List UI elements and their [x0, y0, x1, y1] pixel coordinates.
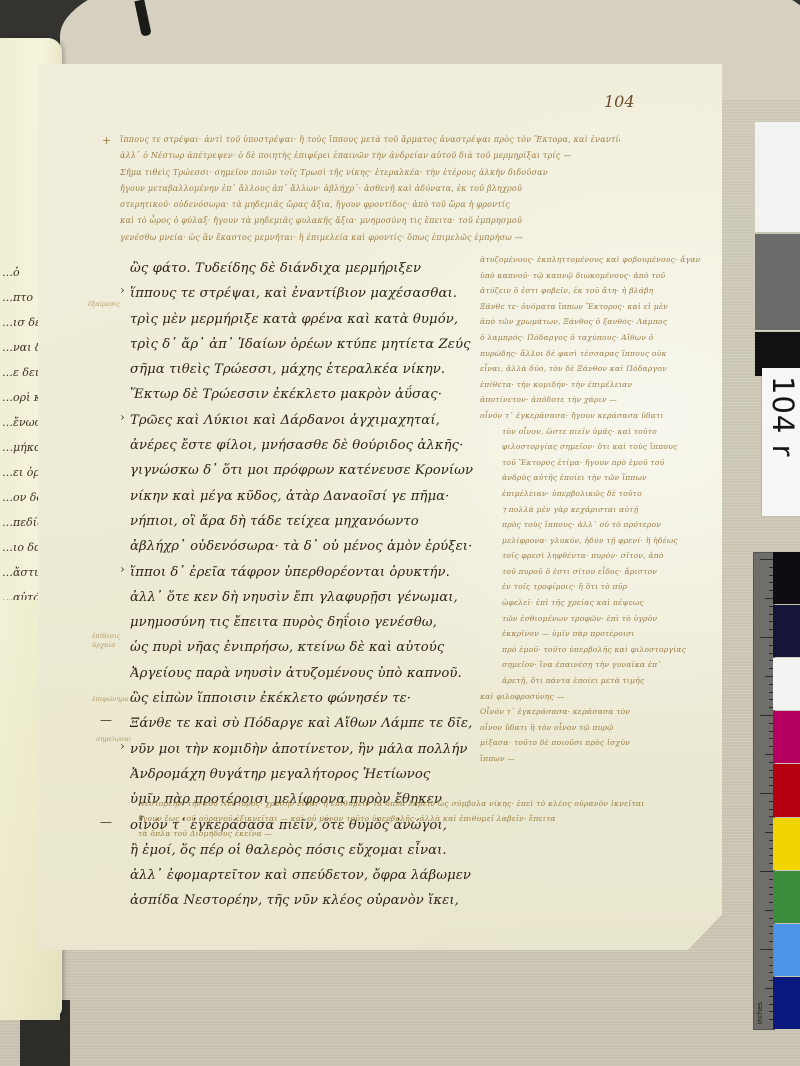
scholion-line: πρὸ ἐμοῦ· τοῦτο ὑπερβολῆς καὶ φιλοστοργί… — [480, 642, 720, 658]
scholion-line: καὶ τὸ ὦρος ὁ φύλαξ· ἤγουν τὰ μηδεμιᾶς φ… — [120, 213, 620, 229]
color-chip-light-blue — [773, 924, 800, 976]
verse-marker-icon: › — [120, 739, 125, 753]
scholion-line: Ξάνθε τε· ὀνόματα ἵππων Ἕκτορος· καὶ εἰ … — [480, 299, 720, 315]
scholion-line: ἀνδρὸς αὐτῆς ἐποίει τὴν τῶν ἵππων — [480, 470, 720, 486]
grey-patch-white — [755, 122, 800, 232]
scholion-line: ἀτύζειν ὅ ἐστι φοβεῖν, ἐκ τοῦ ἄτη· ἡ βλά… — [480, 283, 720, 299]
verse-line: ὡς πυρὶ νῆας ἐνιπρήσω, κτείνω δὲ καὶ αὐτ… — [130, 635, 480, 660]
verse-line: Ἀργείους παρὰ νηυσὶν ἀτυζομένους ὑπὸ καπ… — [130, 661, 480, 686]
verse-line: νίκην καὶ μέγα κῦδος, ἀτὰρ Δαναοῖσί γε π… — [130, 484, 480, 509]
scholion-line: ἐκκρῖνον — ὑμῖν πὰρ προτέροισι — [480, 626, 720, 642]
verse-line: τρὶς δ᾽ ἄρ᾽ ἀπ᾽ Ἰδαίων ὀρέων κτύπε μητίε… — [130, 332, 480, 357]
scholion-line: ἀτυζομένους· ἐκπληττομένους καὶ φοβουμέν… — [480, 252, 720, 268]
scholion-line: καὶ φιλοφροσύνης — — [480, 689, 720, 705]
scholion-line: μίξασα· τοῦτο δὲ ποιοῦσι πρὸς ἰσχὺν — [480, 735, 720, 751]
verse-line: ἀσπίδα Νεστορέην, τῆς νῦν κλέος οὐρανὸν … — [130, 888, 480, 913]
scholion-line: οἶνόν τ᾽ ἐγκεράσασα· ἤγουν κεράσασα ὕδατ… — [480, 408, 720, 424]
scholion-line: τοῦ Ἕκτορος ἐτίμα· ἤγουν πρὸ ἐμοῦ τοῦ — [480, 455, 720, 471]
scholion-line: τὰ ὅπλα τοῦ Διομήδους ἐκεῖνα — — [138, 826, 698, 841]
scholion-line: ὠφελεῖ· ἐπὶ τῆς χρείας καὶ πέψεως — [480, 595, 720, 611]
color-chip-navy-blue — [773, 977, 800, 1029]
scholion-line: ἀποτίνετον· ἀπόδοτε τὴν χάριν — — [480, 392, 720, 408]
verse-line: ἀλλ᾽ ἐφομαρτεῖτον καὶ σπεύδετον, ὄφρα λά… — [130, 863, 480, 888]
scholion-line: Νεστορέην· τὴν τοῦ Νέστορος· χρυσῆν εἶνα… — [138, 796, 698, 811]
ruler-tick — [760, 559, 774, 560]
grey-patch-mid — [755, 234, 800, 330]
scholion-line: ⁊ πολλὰ μὲν γὰρ κεχάρισται αὐτῇ — [480, 502, 720, 518]
scholion-line: τοῦ πυροῦ ὅ ἐστι σίτου εἶδος· ἄριστον — [480, 564, 720, 580]
color-chip-black — [773, 552, 800, 604]
verse-line: τρὶς μὲν μερμήριξε κατὰ φρένα καὶ κατὰ θ… — [130, 307, 480, 332]
scholion-line: ἀπὸ τῶν χρωμάτων, Ξάνθος ὁ ξανθός· Λάμπο… — [480, 314, 720, 330]
folio-number: 104 — [604, 92, 635, 111]
scholion-line: τοῖς φρεσὶ ληφθέντα· πυρὸν· σῖτον, ἀπὸ — [480, 548, 720, 564]
ruler-tick — [760, 871, 774, 872]
scholion-line: ἐπιμέλειαν· ὑπερβολικῶς δὲ τοῦτο — [480, 486, 720, 502]
ruler-unit-label: inches — [756, 1002, 764, 1025]
verse-line: ἢ ἐμοί, ὅς πέρ οἱ θαλερὸς πόσις εὔχομαι … — [130, 838, 480, 863]
verse-line: ἀλλ᾽ ὅτε κεν δὴ νηυσὶν ἔπι γλαφυρῇσι γέν… — [130, 585, 480, 610]
color-chip-red — [773, 764, 800, 816]
ruler-tick — [760, 793, 774, 794]
verse-line: ὣς εἰπὼν ἵπποισιν ἐκέκλετο φώνησέν τε· — [130, 686, 480, 711]
scholion-line: φιλοστοργίας σημεῖον· ὅτι καὶ τοὺς ἵππου… — [480, 439, 720, 455]
scholion-line: γενέσθω μνεία· ὡς ἂν ἕκαστος μεμνῆται· ἢ… — [120, 230, 620, 246]
verse-line: ὣς φάτο. Τυδείδης δὲ διάνδιχα μερμήριξεν — [130, 256, 480, 281]
verse-line: Ἕκτωρ δὲ Τρώεσσιν ἐκέκλετο μακρὸν ἀΰσας· — [130, 382, 480, 407]
verse-marker-icon: › — [120, 283, 125, 297]
cross-mark-icon: + — [102, 134, 111, 147]
scholia-top-block: ἵππους τε στρέψαι· ἀντὶ τοῦ ὑποστρέψαι· … — [120, 132, 620, 246]
ruler: inches — [753, 552, 775, 1030]
ruler-tick — [760, 949, 774, 950]
color-chip-magenta — [773, 711, 800, 763]
margin-note: ἐπίθεσις ἀρχαία — [92, 632, 132, 650]
verse-line: μνημοσύνη τις ἔπειτα πυρὸς δηΐοιο γενέσθ… — [130, 610, 480, 635]
scholion-line: πρὸς τοὺς ἵππους· ἀλλ᾽ οὐ τὸ πρότερον — [480, 517, 720, 533]
scholion-line: Σῆμα τιθεὶς Τρώεσσι· σημεῖον ποιῶν τοῖς … — [120, 165, 620, 181]
scholion-line: πυρώδης· ἄλλοι δὲ φασὶ τέσσαρας ἵππους ο… — [480, 346, 720, 362]
scholion-line: Οἶνόν τ᾽ ἐγκεράσασα· κεράσασα τὸν — [480, 704, 720, 720]
ruler-tick — [760, 637, 774, 638]
scholion-line: μελίφρονα· γλυκύν, ἡδύν τῇ φρενί· ἢ ἡδέω… — [480, 533, 720, 549]
verse-marker-icon: › — [120, 410, 125, 424]
verse-line: ἵππους τε στρέψαι, καὶ ἐναντίβιον μαχέσα… — [130, 281, 480, 306]
verse-line: νῦν μοι τὴν κομιδὴν ἀποτίνετον, ἣν μάλα … — [130, 737, 480, 762]
color-checker-strip — [773, 552, 800, 1030]
color-chip-dark-navy — [773, 605, 800, 657]
verse-line: νήπιοι, οἳ ἄρα δὴ τάδε τείχεα μηχανόωντο — [130, 509, 480, 534]
scholion-line: ἀρετῇ, ὅτι πάντα ἐποίει μετὰ τιμῆς — [480, 673, 720, 689]
color-chip-yellow — [773, 818, 800, 870]
margin-note: ἐπιφώνημα — [92, 695, 129, 704]
scholion-line: σημεῖον· ἵνα ἐπαινέσῃ τὴν γυναῖκα ἐπ᾽ — [480, 657, 720, 673]
verse-line: Ἀνδρομάχη θυγάτηρ μεγαλήτορος Ἠετίωνος — [130, 762, 480, 787]
verse-line: ἀβλήχρ᾽ οὐδενόσωρα· τὰ δ᾽ οὐ μένος ἁμὸν … — [130, 534, 480, 559]
scholia-bottom-block: Νεστορέην· τὴν τοῦ Νέστορος· χρυσῆν εἶνα… — [138, 796, 698, 841]
scholion-line: ἀλλ᾽ ὁ Νέστωρ ἀπέτρεψεν· ὁ δὲ ποιητὴς ἐπ… — [120, 148, 620, 164]
verse-marker-icon: — — [100, 713, 112, 727]
scholion-line: εἶναι, ἀλλὰ δύο, τὸν δὲ Ξάνθον καὶ Πόδαρ… — [480, 361, 720, 377]
scholion-line: ὑπὸ καπνοῦ· τῷ καπνῷ διωκομένους· ἀπὸ το… — [480, 268, 720, 284]
folio-label: 104 r — [762, 368, 800, 516]
scholion-line: οἶνον ὕδατι ἢ τὸν οἶνον τῷ πυρῷ — [480, 720, 720, 736]
verse-line: ἵπποι δ᾽ ἐρεῖα τάφρον ὑπερθορέονται ὀρυκ… — [130, 560, 480, 585]
ruler-tick — [760, 715, 774, 716]
verse-line: Ξάνθε τε καὶ σὺ Πόδαργε καὶ Αἴθων Λάμπε … — [130, 711, 480, 736]
scholion-line: ὁ λαμπρός· Πόδαργος ὁ ταχύπους· Αἴθων ὁ — [480, 330, 720, 346]
scholion-line: ἤγουν ἕως τοῦ οὐρανοῦ ἐξικνεῖται — καὶ ο… — [138, 811, 698, 826]
scholion-line: ἐν τοῖς τροφίμοις· ἢ ὅτι τὸ πῦρ — [480, 579, 720, 595]
scholion-line: στερητικοῦ· οὐδενόσωρα· τὰ μηδεμιᾶς ὤρας… — [120, 197, 620, 213]
verse-marker-icon: › — [120, 562, 125, 576]
verse-line: ἀνέρες ἔστε φίλοι, μνήσασθε δὲ θούριδος … — [130, 433, 480, 458]
margin-note: σημείωσαι — [96, 735, 131, 744]
scholion-line: τὸν οἶνον, ὥστε πιεῖν ὑμᾶς· καὶ τοῦτο — [480, 424, 720, 440]
folio-label-text: 104 r — [766, 376, 800, 458]
scholion-line: ἤγουν μεταβαλλομένην ἐπ᾽ ἄλλους ἀπ᾽ ἄλλω… — [120, 181, 620, 197]
scholion-line: ἵππων — — [480, 751, 720, 767]
scholion-line: τῶν ἐσθιομένων τροφῶν· ἐπὶ τὸ ὑγρὸν — [480, 611, 720, 627]
verse-line: Τρῶες καὶ Λύκιοι καὶ Δάρδανοι ἀγχιμαχητα… — [130, 408, 480, 433]
color-chip-white — [773, 658, 800, 710]
scholion-line: ἐπίθετα· τὴν κομιδήν· τὴν ἐπιμέλειαν — [480, 377, 720, 393]
color-chip-green — [773, 871, 800, 923]
margin-note: ἑξαίρεσις — [88, 300, 120, 309]
verse-line: γιγνώσκω δ᾽ ὅτι μοι πρόφρων κατένευσε Κρ… — [130, 458, 480, 483]
scholion-line: ἵππους τε στρέψαι· ἀντὶ τοῦ ὑποστρέψαι· … — [120, 132, 620, 148]
scholia-right-block: ἀτυζομένους· ἐκπληττομένους καὶ φοβουμέν… — [480, 252, 720, 767]
verse-line: σῆμα τιθεὶς Τρώεσσι, μάχης ἑτεραλκέα νίκ… — [130, 357, 480, 382]
verse-marker-icon: — — [100, 815, 112, 829]
